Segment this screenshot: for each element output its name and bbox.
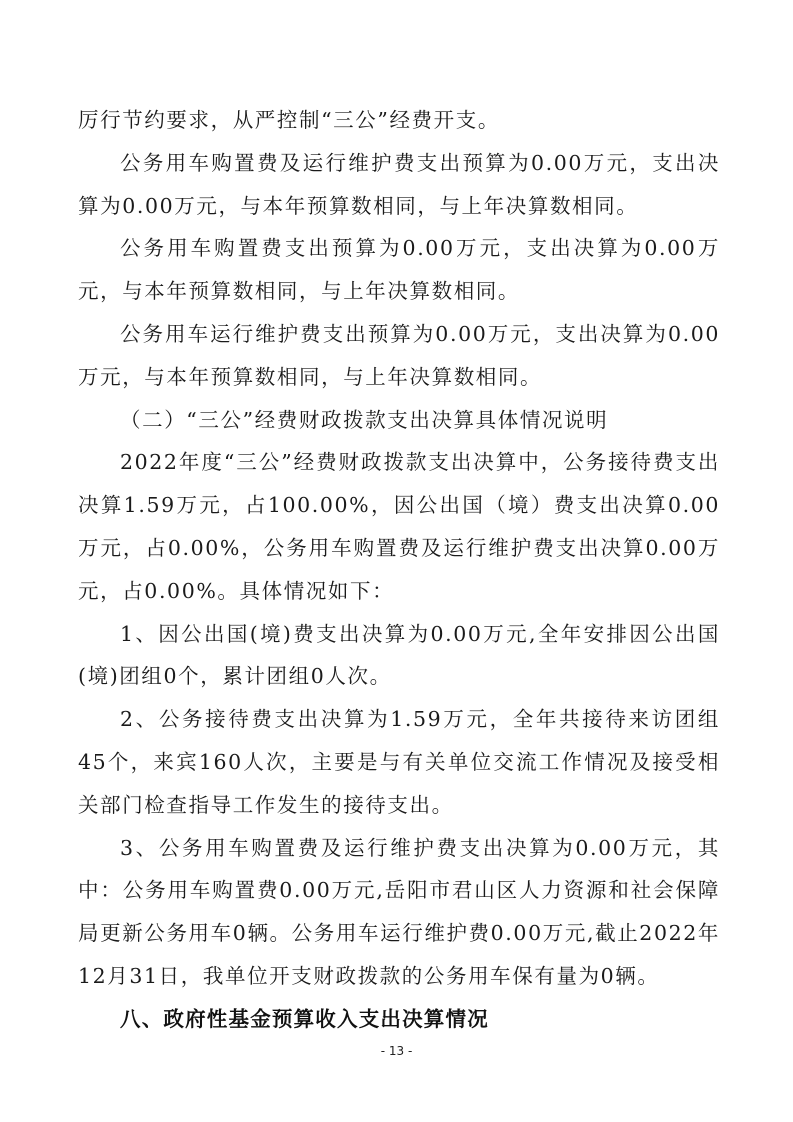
paragraph-vehicle-purchase: 公务用车购置费支出预算为0.00万元，支出决算为0.00万元，与本年预算数相同，… [78, 227, 720, 313]
paragraph-item-2-reception: 2、公务接待费支出决算为1.59万元，全年共接待来访团组45个，来宾160人次，… [78, 698, 720, 826]
subsection-title: （二）“三公”经费财政拨款支出决算具体情况说明 [78, 399, 720, 442]
paragraph-austerity: 厉行节约要求，从严控制“三公”经费开支。 [78, 99, 720, 142]
paragraph-summary-2022: 2022年度“三公”经费财政拨款支出决算中，公务接待费支出决算1.59万元，占1… [78, 441, 720, 612]
paragraph-vehicle-total: 公务用车购置费及运行维护费支出预算为0.00万元，支出决算为0.00万元，与本年… [78, 142, 720, 228]
section-heading: 八、政府性基金预算收入支出决算情况 [78, 998, 720, 1041]
paragraph-item-3-vehicles: 3、公务用车购置费及运行维护费支出决算为0.00万元，其中：公务用车购置费0.0… [78, 827, 720, 998]
page-number: - 13 - [0, 1044, 793, 1058]
paragraph-item-1-overseas: 1、因公出国(境)费支出决算为0.00万元,全年安排因公出国(境)团组0个，累计… [78, 613, 720, 699]
paragraph-vehicle-operation: 公务用车运行维护费支出预算为0.00万元，支出决算为0.00万元，与本年预算数相… [78, 313, 720, 399]
document-page: 厉行节约要求，从严控制“三公”经费开支。 公务用车购置费及运行维护费支出预算为0… [78, 99, 720, 1041]
